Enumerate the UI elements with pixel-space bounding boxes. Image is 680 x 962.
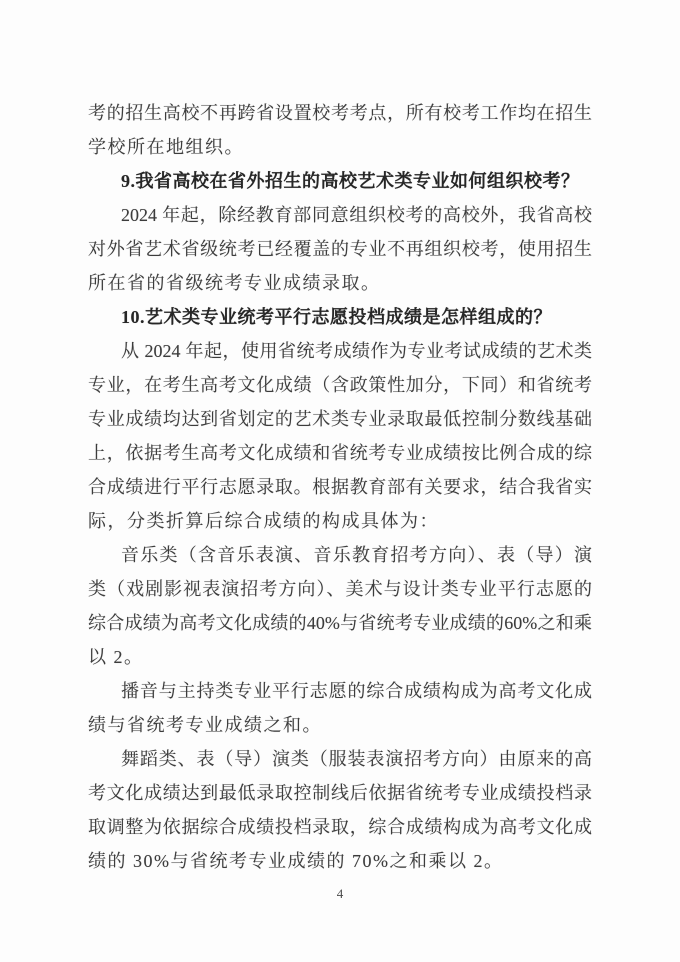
- text-line: 2024 年起，除经教育部同意组织校考的高校外，我省高校: [88, 198, 592, 232]
- text-line: 以 2。: [88, 640, 592, 674]
- paragraph: 舞蹈类、表（导）演类（服装表演招考方向）由原来的高考文化成绩达到最低录取控制线后…: [88, 742, 592, 878]
- text-line: 所在省的省级统考专业成绩录取。: [88, 266, 592, 300]
- text-line: 专业，在考生高考文化成绩（含政策性加分，下同）和省统考: [88, 368, 592, 402]
- paragraph: 音乐类（含音乐表演、音乐教育招考方向）、表（导）演类（戏剧影视表演招考方向）、美…: [88, 538, 592, 674]
- section-heading: 10.艺术类专业统考平行志愿投档成绩是怎样组成的？: [88, 300, 592, 334]
- text-line: 学校所在地组织。: [88, 130, 592, 164]
- text-line: 类（戏剧影视表演招考方向）、美术与设计类专业平行志愿的: [88, 572, 592, 606]
- text-line: 播音与主持类专业平行志愿的综合成绩构成为高考文化成: [88, 674, 592, 708]
- heading-line: 9.我省高校在省外招生的高校艺术类专业如何组织校考？: [88, 164, 592, 198]
- text-line: 绩的 30%与省统考专业成绩的 70%之和乘以 2。: [88, 844, 592, 878]
- text-line: 舞蹈类、表（导）演类（服装表演招考方向）由原来的高: [88, 742, 592, 776]
- paragraph: 从 2024 年起，使用省统考成绩作为专业考试成绩的艺术类专业，在考生高考文化成…: [88, 334, 592, 538]
- document-page: 考的招生高校不再跨省设置校考考点，所有校考工作均在招生学校所在地组织。9.我省高…: [0, 0, 680, 962]
- text-line: 合成绩进行平行志愿录取。根据教育部有关要求，结合我省实: [88, 470, 592, 504]
- text-line: 对外省艺术省级统考已经覆盖的专业不再组织校考，使用招生: [88, 232, 592, 266]
- text-line: 从 2024 年起，使用省统考成绩作为专业考试成绩的艺术类: [88, 334, 592, 368]
- text-line: 综合成绩为高考文化成绩的40%与省统考专业成绩的60%之和乘: [88, 606, 592, 640]
- paragraph: 2024 年起，除经教育部同意组织校考的高校外，我省高校对外省艺术省级统考已经覆…: [88, 198, 592, 300]
- text-line: 考的招生高校不再跨省设置校考考点，所有校考工作均在招生: [88, 96, 592, 130]
- document-content: 考的招生高校不再跨省设置校考考点，所有校考工作均在招生学校所在地组织。9.我省高…: [88, 96, 592, 878]
- heading-line: 10.艺术类专业统考平行志愿投档成绩是怎样组成的？: [88, 300, 592, 334]
- page-number: 4: [0, 886, 680, 902]
- paragraph: 播音与主持类专业平行志愿的综合成绩构成为高考文化成绩与省统考专业成绩之和。: [88, 674, 592, 742]
- section-heading: 9.我省高校在省外招生的高校艺术类专业如何组织校考？: [88, 164, 592, 198]
- paragraph: 考的招生高校不再跨省设置校考考点，所有校考工作均在招生学校所在地组织。: [88, 96, 592, 164]
- text-line: 音乐类（含音乐表演、音乐教育招考方向）、表（导）演: [88, 538, 592, 572]
- text-line: 绩与省统考专业成绩之和。: [88, 708, 592, 742]
- text-line: 考文化成绩达到最低录取控制线后依据省统考专业成绩投档录: [88, 776, 592, 810]
- text-line: 取调整为依据综合成绩投档录取，综合成绩构成为高考文化成: [88, 810, 592, 844]
- text-line: 际，分类折算后综合成绩的构成具体为：: [88, 504, 592, 538]
- text-line: 专业成绩均达到省划定的艺术类专业录取最低控制分数线基础: [88, 402, 592, 436]
- text-line: 上，依据考生高考文化成绩和省统考专业成绩按比例合成的综: [88, 436, 592, 470]
